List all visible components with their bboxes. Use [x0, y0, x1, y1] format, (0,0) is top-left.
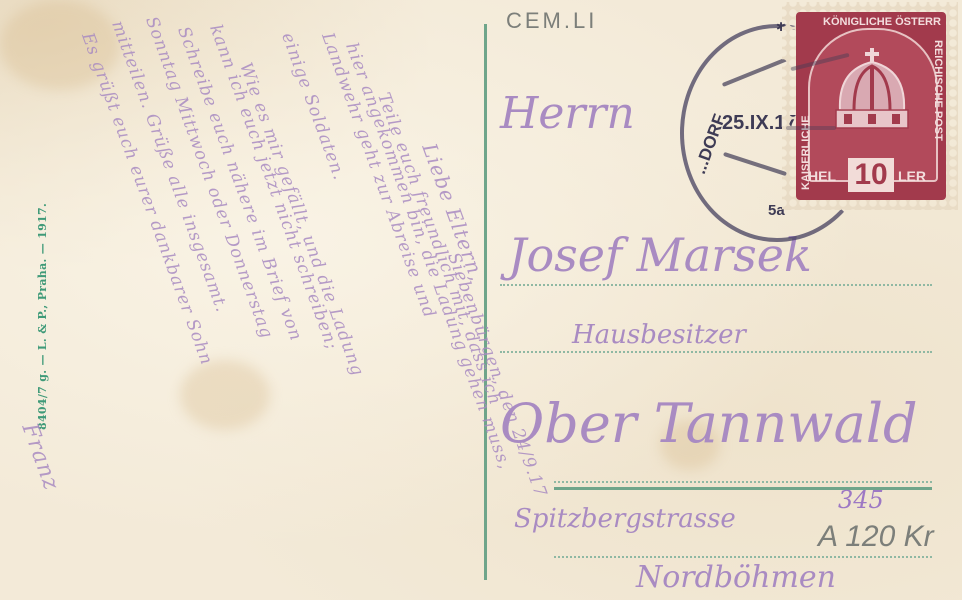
address-town: Ober Tannwald — [500, 392, 918, 455]
postcard-back: 8404/7 g. — L. & P., Praha. — 1917. CEM.… — [0, 0, 962, 600]
address-line-4 — [554, 556, 932, 558]
message-signature: Franz — [17, 420, 64, 494]
address-salutation: Herrn — [500, 88, 635, 139]
imperial-crown-icon — [832, 48, 912, 138]
age-stain — [180, 360, 270, 430]
address-line-3-dotted — [554, 481, 932, 483]
message-line: hier angekommen bin, die Ladung gehen mu… — [341, 40, 515, 472]
center-divider-line — [484, 24, 487, 580]
address-line-1 — [500, 284, 932, 286]
stamp-text-right: REICHISCHE POST — [932, 40, 944, 141]
address-line-2 — [500, 351, 932, 353]
stamp-unit-right: LER — [898, 168, 926, 184]
publisher-imprint: 8404/7 g. — L. & P., Praha. — 1917. — [36, 203, 49, 430]
address-region: Nordböhmen — [636, 560, 836, 595]
stamp-value: 10 — [848, 158, 894, 192]
postmark-bar — [786, 126, 836, 130]
address-house-number: 345 — [838, 486, 884, 514]
address-street: Spitzbergstrasse — [514, 504, 736, 534]
stamp-unit-left: HEL — [808, 168, 836, 184]
address-occupation: Hausbesitzer — [572, 320, 746, 350]
pencil-note-price: A 120 Kr — [818, 520, 934, 554]
stamp-text-top: KÖNIGLICHE ÖSTERR — [823, 16, 941, 28]
pencil-note-top: CEM.LI — [506, 8, 597, 34]
